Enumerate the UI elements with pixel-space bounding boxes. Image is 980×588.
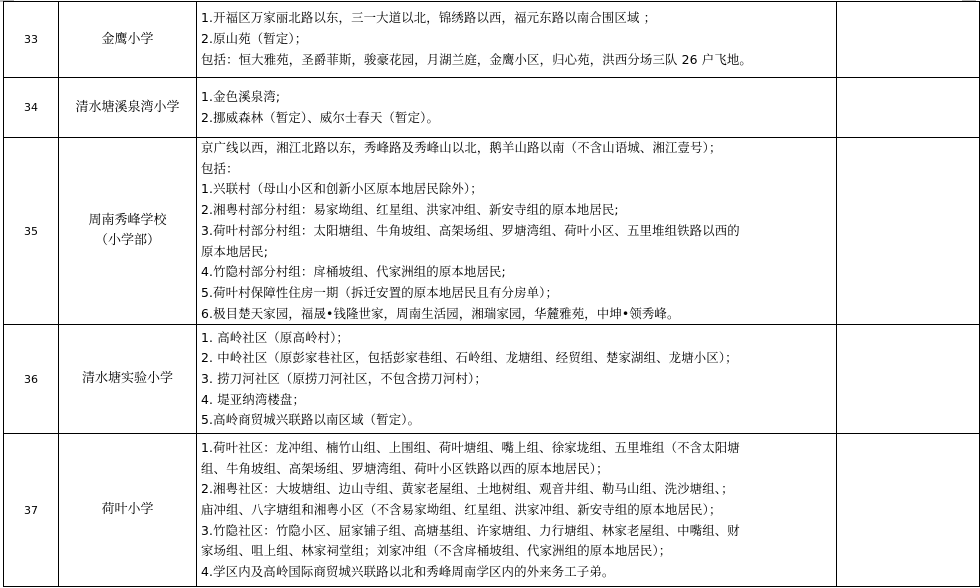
- district-area: 京广线以西，湘江北路以东，秀峰路及秀峰山以北，鹅羊山路以南（不含山语城、湘江壹号…: [197, 138, 837, 325]
- area-line: 原本地居民;: [201, 242, 836, 263]
- area-line: 1.荷叶社区：龙冲组、楠竹山组、上围组、荷叶塘组、嘴上组、徐家垅组、五里堆组（不…: [201, 438, 836, 459]
- school-name-line: 清水塘实验小学: [59, 369, 196, 389]
- district-area: 1.开福区万家丽北路以东，三一大道以北，锦绣路以西，福元东路以南合围区域 ； 2…: [197, 2, 837, 78]
- school-name: 金鹰小学: [59, 2, 197, 78]
- table-row: 33 金鹰小学 1.开福区万家丽北路以东，三一大道以北，锦绣路以西，福元东路以南…: [4, 2, 980, 78]
- school-name: 清水塘溪泉湾小学: [59, 78, 197, 138]
- district-area: 1. 高岭社区（原高岭村）； 2. 中岭社区（原彭家巷社区，包括彭家巷组、石岭组…: [197, 325, 837, 434]
- district-area: 1.荷叶社区：龙冲组、楠竹山组、上围组、荷叶塘组、嘴上组、徐家垅组、五里堆组（不…: [197, 434, 837, 587]
- table-row: 36 清水塘实验小学 1. 高岭社区（原高岭村）； 2. 中岭社区（原彭家巷社区…: [4, 325, 980, 434]
- area-line: 4.学区内及高岭国际商贸城兴联路以北和秀峰周南学区内的外来务工子弟。: [201, 562, 836, 583]
- area-line: 2.湘粤社区：大坡塘组、边山寺组、黄家老屋组、土地树组、观音井组、勒马山组、洗沙…: [201, 479, 836, 500]
- area-line: 6.极目楚天家园，福晟•钱隆世家，周南生活园，湘瑞家园，华麓雅苑，中坤•领秀峰。: [201, 304, 836, 325]
- school-name-line: 周南秀峰学校: [59, 211, 196, 231]
- remark-cell: [837, 138, 980, 325]
- area-line: 2.挪威森林（暂定）、威尔士春天（暂定）。: [201, 108, 836, 129]
- area-line: 庙冲组、八字塘组和湘粤小区（不含易家坳组、红星组、洪家冲组、新安寺组的原本地居民…: [201, 500, 836, 521]
- area-line: 1.兴联村（母山小区和创新小区原本地居民除外）；: [201, 179, 836, 200]
- school-name-line: （小学部）: [59, 231, 196, 251]
- remark-cell: [837, 78, 980, 138]
- area-line: 1. 高岭社区（原高岭村）；: [201, 328, 836, 349]
- school-name-line: 清水塘溪泉湾小学: [59, 98, 196, 118]
- school-name: 清水塘实验小学: [59, 325, 197, 434]
- row-number: 33: [4, 2, 59, 78]
- remark-cell: [837, 2, 980, 78]
- area-line: 组、牛角坡组、高架场组、罗塘湾组、荷叶小区铁路以西的原本地居民）；: [201, 459, 836, 480]
- row-number: 37: [4, 434, 59, 587]
- area-line: 2.原山苑（暂定）；: [201, 29, 836, 50]
- row-number: 34: [4, 78, 59, 138]
- school-name: 荷叶小学: [59, 434, 197, 587]
- school-district-table: 33 金鹰小学 1.开福区万家丽北路以东，三一大道以北，锦绣路以西，福元东路以南…: [3, 1, 980, 587]
- area-line: 包括：恒大雅苑，圣爵菲斯，骏豪花园，月湖兰庭，金鹰小区，归心苑，洪西分场三队 2…: [201, 50, 836, 71]
- area-line: 4.竹隐村部分村组：戽桶坡组、代家洲组的原本地居民;: [201, 262, 836, 283]
- area-line: 3.竹隐社区：竹隐小区、屈家铺子组、高塘基组、许家塘组、力行塘组、林家老屋组、中…: [201, 521, 836, 542]
- area-line: 3.荷叶村部分村组：太阳塘组、牛角坡组、高架场组、罗塘湾组、荷叶小区、五里堆组铁…: [201, 221, 836, 242]
- remark-cell: [837, 434, 980, 587]
- row-number: 35: [4, 138, 59, 325]
- table-row: 37 荷叶小学 1.荷叶社区：龙冲组、楠竹山组、上围组、荷叶塘组、嘴上组、徐家垅…: [4, 434, 980, 587]
- area-line: 5.荷叶村保障性住房一期（拆迁安置的原本地居民且有分房单）；: [201, 283, 836, 304]
- school-name-line: 金鹰小学: [59, 30, 196, 50]
- area-line: 5.高岭商贸城兴联路以南区域（暂定）。: [201, 410, 836, 431]
- school-name: 周南秀峰学校 （小学部）: [59, 138, 197, 325]
- area-line: 4. 堤亚纳湾楼盘；: [201, 390, 836, 411]
- area-line: 京广线以西，湘江北路以东，秀峰路及秀峰山以北，鹅羊山路以南（不含山语城、湘江壹号…: [201, 138, 836, 159]
- area-line: 3. 捞刀河社区（原捞刀河社区，不包含捞刀河村）；: [201, 369, 836, 390]
- area-line: 2. 中岭社区（原彭家巷社区，包括彭家巷组、石岭组、龙塘组、经贸组、楚家湖组、龙…: [201, 348, 836, 369]
- area-line: 包括：: [201, 159, 836, 180]
- remark-cell: [837, 325, 980, 434]
- area-line: 1.开福区万家丽北路以东，三一大道以北，锦绣路以西，福元东路以南合围区域 ；: [201, 8, 836, 29]
- table-row: 35 周南秀峰学校 （小学部） 京广线以西，湘江北路以东，秀峰路及秀峰山以北，鹅…: [4, 138, 980, 325]
- area-line: 1.金色溪泉湾;: [201, 87, 836, 108]
- area-line: 家场组、咀上组、林家祠堂组；刘家冲组（不含戽桶坡组、代家洲组的原本地居民）；: [201, 541, 836, 562]
- table-row: 34 清水塘溪泉湾小学 1.金色溪泉湾; 2.挪威森林（暂定）、威尔士春天（暂定…: [4, 78, 980, 138]
- area-line: 2.湘粤村部分村组：易家坳组、红星组、洪家冲组、新安寺组的原本地居民;: [201, 200, 836, 221]
- district-area: 1.金色溪泉湾; 2.挪威森林（暂定）、威尔士春天（暂定）。: [197, 78, 837, 138]
- school-name-line: 荷叶小学: [59, 500, 196, 520]
- row-number: 36: [4, 325, 59, 434]
